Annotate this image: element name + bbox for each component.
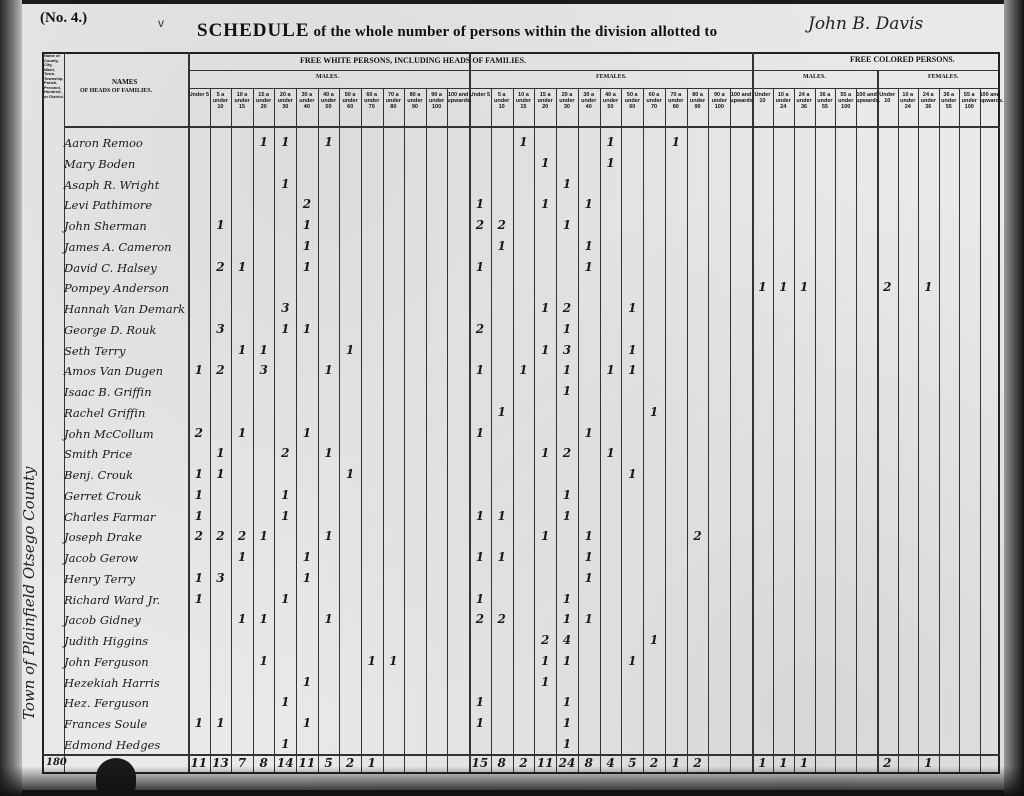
count-cell: 1 xyxy=(275,488,295,502)
scan-edge-right xyxy=(1004,0,1024,796)
enumerator-signature: John B. Davis xyxy=(808,14,923,34)
scan-edge-bottom xyxy=(0,766,1024,796)
count-cell: 1 xyxy=(773,280,793,294)
count-cell: 1 xyxy=(557,363,577,377)
age-column-header: 55 a under 100 xyxy=(959,92,980,110)
column-rule xyxy=(898,88,899,772)
age-column-header: Under 5 xyxy=(469,92,491,98)
count-cell: 1 xyxy=(557,716,577,730)
count-cell: 1 xyxy=(254,135,274,149)
count-cell: 1 xyxy=(210,467,230,481)
count-cell: 1 xyxy=(210,218,230,232)
count-cell: 1 xyxy=(579,571,599,585)
head-of-family-name: Benj. Crouk xyxy=(64,468,133,482)
age-column-header: 50 a under 60 xyxy=(621,92,643,110)
count-cell: 1 xyxy=(319,446,339,460)
count-cell: 3 xyxy=(210,322,230,336)
column-rule xyxy=(534,88,535,772)
head-of-family-name: John Sherman xyxy=(64,219,147,233)
row-rule xyxy=(64,126,1000,128)
age-column-header: 30 a under 40 xyxy=(578,92,600,110)
count-cell: 1 xyxy=(579,260,599,274)
count-cell: 1 xyxy=(535,654,555,668)
column-rule xyxy=(835,88,836,772)
count-cell: 1 xyxy=(297,675,317,689)
count-cell: 1 xyxy=(557,384,577,398)
count-cell: 1 xyxy=(470,592,490,606)
count-cell: 1 xyxy=(383,654,403,668)
count-cell: 1 xyxy=(189,363,209,377)
count-cell: 3 xyxy=(210,571,230,585)
column-rule xyxy=(621,88,622,772)
count-cell: 2 xyxy=(275,446,295,460)
count-cell: 1 xyxy=(297,550,317,564)
count-cell: 1 xyxy=(210,716,230,730)
count-cell: 1 xyxy=(794,280,814,294)
count-cell: 1 xyxy=(579,612,599,626)
count-cell: 1 xyxy=(232,612,252,626)
count-cell: 1 xyxy=(232,426,252,440)
row-rule xyxy=(188,88,1000,89)
column-rule xyxy=(274,88,275,772)
check-mark: v xyxy=(158,16,164,30)
head-of-family-name: Isaac B. Griffin xyxy=(64,385,152,399)
place-label: Town of Plainfield Otsego County xyxy=(20,300,38,720)
colored-males-header: MALES. xyxy=(803,74,826,80)
age-column-header: 15 a under 20 xyxy=(534,92,556,110)
head-of-family-name: Mary Boden xyxy=(64,157,135,171)
names-header: NAMES xyxy=(112,78,137,86)
age-column-header: 15 a under 20 xyxy=(253,92,275,110)
column-rule xyxy=(752,52,754,772)
page-title: SCHEDULE of the whole number of persons … xyxy=(197,20,717,42)
names-subheader: OF HEADS OF FAMILIES. xyxy=(80,88,152,94)
age-column-header: Under 10 xyxy=(752,92,773,104)
count-cell: 1 xyxy=(362,654,382,668)
age-column-header: Under 10 xyxy=(877,92,898,104)
age-column-header: 40 a under 50 xyxy=(318,92,340,110)
count-cell: 1 xyxy=(601,156,621,170)
count-cell: 1 xyxy=(189,571,209,585)
count-cell: 1 xyxy=(557,612,577,626)
white-females-header: FEMALES. xyxy=(596,74,627,80)
age-column-header: 10 a under 15 xyxy=(231,92,253,110)
count-cell: 2 xyxy=(470,612,490,626)
count-cell: 2 xyxy=(688,529,708,543)
head-of-family-name: Hezekiah Harris xyxy=(64,676,160,690)
count-cell: 2 xyxy=(557,301,577,315)
age-column-header: 36 a under 55 xyxy=(939,92,960,110)
count-cell: 1 xyxy=(470,363,490,377)
title-rest: of the whole number of persons within th… xyxy=(313,24,717,40)
title-lead: SCHEDULE xyxy=(197,20,310,41)
count-cell: 1 xyxy=(470,550,490,564)
head-of-family-name: John McCollum xyxy=(64,427,154,441)
count-cell: 1 xyxy=(601,363,621,377)
count-cell: 1 xyxy=(189,467,209,481)
count-cell: 1 xyxy=(535,446,555,460)
count-cell: 4 xyxy=(557,633,577,647)
age-column-header: 70 a under 80 xyxy=(383,92,405,110)
count-cell: 1 xyxy=(470,260,490,274)
age-column-header: 60 a under 70 xyxy=(643,92,665,110)
head-of-family-name: James A. Cameron xyxy=(64,240,172,254)
age-column-header: 55 a under 100 xyxy=(835,92,856,110)
count-cell: 1 xyxy=(254,529,274,543)
count-cell: 1 xyxy=(579,426,599,440)
column-rule xyxy=(383,88,384,772)
count-cell: 1 xyxy=(297,218,317,232)
count-cell: 1 xyxy=(340,343,360,357)
column-rule xyxy=(339,88,340,772)
count-cell: 2 xyxy=(557,446,577,460)
count-cell: 1 xyxy=(210,446,230,460)
count-cell: 1 xyxy=(557,218,577,232)
head-of-family-name: Asaph R. Wright xyxy=(64,178,159,192)
count-cell: 1 xyxy=(492,509,512,523)
count-cell: 1 xyxy=(254,654,274,668)
colored-females-header: FEMALES. xyxy=(928,74,959,80)
count-cell: 1 xyxy=(470,716,490,730)
count-cell: 1 xyxy=(622,343,642,357)
count-cell: 2 xyxy=(470,218,490,232)
head-of-family-name: Aaron Remoo xyxy=(64,136,143,150)
count-cell: 1 xyxy=(666,135,686,149)
count-cell: 1 xyxy=(297,716,317,730)
age-column-header: 90 a under 100 xyxy=(708,92,730,110)
age-column-header: 100 and upwards. xyxy=(730,92,752,104)
count-cell: 1 xyxy=(557,177,577,191)
count-cell: 1 xyxy=(579,239,599,253)
white-males-header: MALES. xyxy=(316,74,339,80)
age-column-header: 5 a under 10 xyxy=(210,92,232,110)
count-cell: 1 xyxy=(275,177,295,191)
count-cell: 1 xyxy=(319,363,339,377)
count-cell: 1 xyxy=(319,612,339,626)
column-rule xyxy=(469,52,471,772)
head-of-family-name: Amos Van Dugen xyxy=(64,364,163,378)
count-cell: 1 xyxy=(557,737,577,751)
count-cell: 1 xyxy=(275,592,295,606)
count-cell: 1 xyxy=(535,675,555,689)
count-cell: 1 xyxy=(492,239,512,253)
count-cell: 1 xyxy=(557,322,577,336)
count-cell: 2 xyxy=(210,260,230,274)
head-of-family-name: Jacob Gerow xyxy=(64,551,138,565)
column-rule xyxy=(318,88,319,772)
side-column-header: Name of County, City, Ward, Town, Townsh… xyxy=(44,54,64,124)
count-cell: 1 xyxy=(557,695,577,709)
count-cell: 1 xyxy=(297,571,317,585)
count-cell: 3 xyxy=(275,301,295,315)
count-cell: 1 xyxy=(470,695,490,709)
count-cell: 1 xyxy=(535,197,555,211)
column-rule xyxy=(556,88,557,772)
head-of-family-name: John Ferguson xyxy=(64,655,149,669)
count-cell: 2 xyxy=(210,529,230,543)
column-rule xyxy=(665,88,666,772)
column-rule xyxy=(687,88,688,772)
age-column-header: 5 a under 10 xyxy=(491,92,513,110)
count-cell: 1 xyxy=(297,239,317,253)
count-cell: 1 xyxy=(189,488,209,502)
form-number: (No. 4.) xyxy=(40,10,87,27)
column-rule xyxy=(210,88,211,772)
count-cell: 2 xyxy=(232,529,252,543)
count-cell: 1 xyxy=(579,529,599,543)
count-cell: 1 xyxy=(232,550,252,564)
count-cell: 1 xyxy=(557,654,577,668)
count-cell: 1 xyxy=(297,322,317,336)
head-of-family-name: Smith Price xyxy=(64,447,132,461)
head-of-family-name: Joseph Drake xyxy=(64,530,142,544)
count-cell: 1 xyxy=(189,592,209,606)
count-cell: 1 xyxy=(644,405,664,419)
count-cell: 1 xyxy=(535,529,555,543)
count-cell: 1 xyxy=(579,550,599,564)
count-cell: 1 xyxy=(189,716,209,730)
count-cell: 1 xyxy=(319,529,339,543)
count-cell: 1 xyxy=(297,260,317,274)
count-cell: 2 xyxy=(492,218,512,232)
column-rule xyxy=(877,70,879,772)
count-cell: 1 xyxy=(297,426,317,440)
age-column-header: 24 a under 36 xyxy=(918,92,939,110)
count-cell: 1 xyxy=(513,135,533,149)
column-rule xyxy=(730,88,731,772)
column-rule xyxy=(253,88,254,772)
age-column-header: 100 and upwards. xyxy=(447,92,469,104)
column-rule xyxy=(361,88,362,772)
head-of-family-name: Hez. Ferguson xyxy=(64,696,149,710)
count-cell: 1 xyxy=(189,509,209,523)
column-rule xyxy=(426,88,427,772)
count-cell: 1 xyxy=(232,343,252,357)
count-cell: 1 xyxy=(535,343,555,357)
age-column-header: 30 a under 40 xyxy=(296,92,318,110)
count-cell: 3 xyxy=(254,363,274,377)
count-cell: 2 xyxy=(297,197,317,211)
count-cell: 1 xyxy=(470,509,490,523)
count-cell: 3 xyxy=(557,343,577,357)
age-column-header: 36 a under 55 xyxy=(815,92,836,110)
age-column-header: 90 a under 100 xyxy=(426,92,448,110)
column-rule xyxy=(856,88,857,772)
count-cell: 1 xyxy=(319,135,339,149)
count-cell: 2 xyxy=(189,529,209,543)
column-rule xyxy=(600,88,601,772)
age-column-header: 80 a under 90 xyxy=(404,92,426,110)
age-column-header: 10 a under 24 xyxy=(773,92,794,110)
count-cell: 1 xyxy=(275,695,295,709)
count-cell: 1 xyxy=(557,509,577,523)
count-cell: 1 xyxy=(535,301,555,315)
age-column-header: 60 a under 70 xyxy=(361,92,383,110)
count-cell: 2 xyxy=(210,363,230,377)
count-cell: 1 xyxy=(622,654,642,668)
count-cell: 1 xyxy=(535,156,555,170)
column-rule xyxy=(513,88,514,772)
age-column-header: 70 a under 80 xyxy=(665,92,687,110)
count-cell: 1 xyxy=(470,426,490,440)
age-column-header: 50 a under 60 xyxy=(339,92,361,110)
head-of-family-name: Jacob Gidney xyxy=(64,613,141,627)
count-cell: 2 xyxy=(877,280,897,294)
head-of-family-name: David C. Halsey xyxy=(64,261,157,275)
head-of-family-name: George D. Rouk xyxy=(64,323,156,337)
age-column-header: 80 a under 90 xyxy=(687,92,709,110)
count-cell: 2 xyxy=(535,633,555,647)
free-colored-header: FREE COLORED PERSONS. xyxy=(850,55,955,64)
head-of-family-name: Gerret Crouk xyxy=(64,489,142,503)
column-rule xyxy=(918,88,919,772)
count-cell: 1 xyxy=(275,322,295,336)
count-cell: 1 xyxy=(513,363,533,377)
count-cell: 1 xyxy=(622,467,642,481)
column-rule xyxy=(794,88,795,772)
scan-edge-left xyxy=(0,0,22,796)
head-of-family-name: Charles Farmar xyxy=(64,510,155,524)
column-rule xyxy=(447,88,448,772)
column-rule xyxy=(188,52,190,772)
count-cell: 1 xyxy=(254,343,274,357)
count-cell: 1 xyxy=(752,280,772,294)
count-cell: 1 xyxy=(254,612,274,626)
column-rule xyxy=(959,88,960,772)
count-cell: 1 xyxy=(918,280,938,294)
count-cell: 2 xyxy=(492,612,512,626)
count-cell: 1 xyxy=(275,737,295,751)
head-of-family-name: Pompey Anderson xyxy=(64,281,169,295)
count-cell: 2 xyxy=(189,426,209,440)
age-column-header: Under 5 xyxy=(188,92,210,98)
count-cell: 1 xyxy=(275,135,295,149)
count-cell: 1 xyxy=(601,446,621,460)
free-white-header: FREE WHITE PERSONS, INCLUDING HEADS OF F… xyxy=(300,56,526,65)
head-of-family-name: Edmond Hedges xyxy=(64,738,160,752)
count-cell: 1 xyxy=(557,488,577,502)
count-cell: 1 xyxy=(622,301,642,315)
column-rule xyxy=(980,88,981,772)
count-cell: 1 xyxy=(622,363,642,377)
age-column-header: 100 and upwards. xyxy=(980,92,1001,104)
head-of-family-name: Judith Higgins xyxy=(64,634,148,648)
column-rule xyxy=(708,88,709,772)
count-cell: 1 xyxy=(340,467,360,481)
age-column-header: 10 a under 24 xyxy=(898,92,919,110)
column-rule xyxy=(815,88,816,772)
count-cell: 1 xyxy=(492,405,512,419)
count-cell: 1 xyxy=(579,197,599,211)
count-cell: 1 xyxy=(601,135,621,149)
head-of-family-name: Levi Pathimore xyxy=(64,198,152,212)
count-cell: 1 xyxy=(492,550,512,564)
column-rule xyxy=(939,88,940,772)
age-column-header: 24 a under 36 xyxy=(794,92,815,110)
head-of-family-name: Rachel Griffin xyxy=(64,406,145,420)
count-cell: 2 xyxy=(470,322,490,336)
column-rule xyxy=(491,88,492,772)
age-column-header: 40 a under 50 xyxy=(600,92,622,110)
head-of-family-name: Richard Ward Jr. xyxy=(64,593,160,607)
head-of-family-name: Seth Terry xyxy=(64,344,125,358)
column-rule xyxy=(404,88,405,772)
age-column-header: 20 a under 30 xyxy=(556,92,578,110)
count-cell: 1 xyxy=(644,633,664,647)
count-cell: 1 xyxy=(232,260,252,274)
age-column-header: 100 and upwards. xyxy=(856,92,877,104)
count-cell: 1 xyxy=(557,592,577,606)
head-of-family-name: Henry Terry xyxy=(64,572,135,586)
column-rule xyxy=(643,88,644,772)
count-cell: 1 xyxy=(275,509,295,523)
column-rule xyxy=(773,88,774,772)
head-of-family-name: Hannah Van Demark xyxy=(64,302,185,316)
age-column-header: 10 a under 15 xyxy=(513,92,535,110)
count-cell: 1 xyxy=(470,197,490,211)
head-of-family-name: Frances Soule xyxy=(64,717,147,731)
row-rule xyxy=(188,70,1000,71)
age-column-header: 20 a under 30 xyxy=(274,92,296,110)
